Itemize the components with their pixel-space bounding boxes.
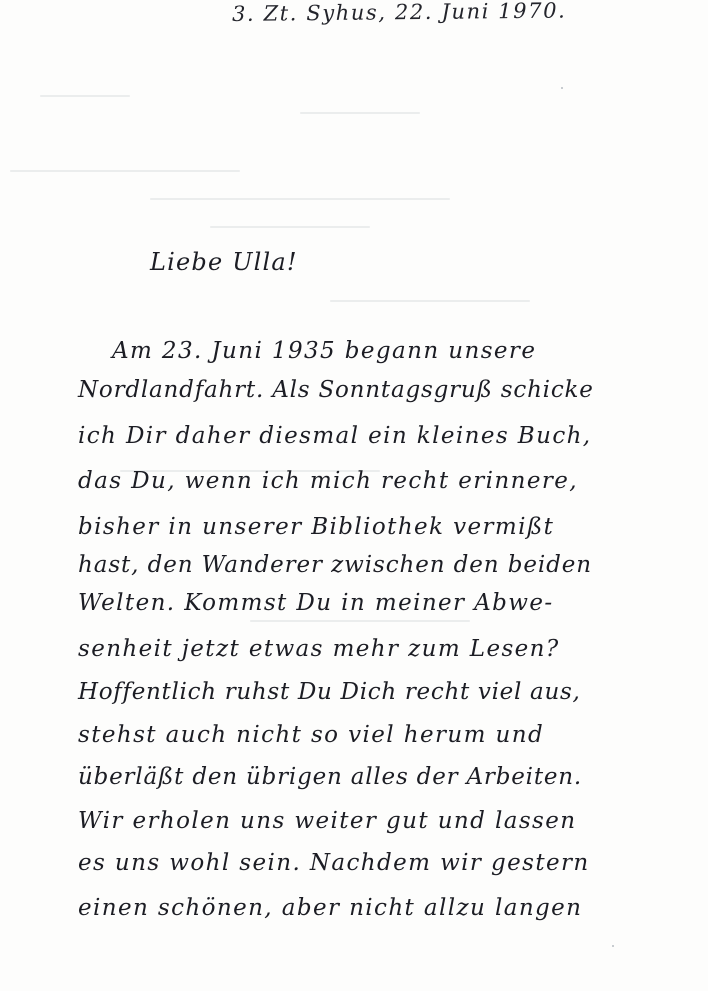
bleed-through-mark [210,226,370,228]
paper-speck [612,945,614,947]
letter-dateline: 3. Zt. Syhus, 22. Juni 1970. [232,0,567,26]
letter-salutation: Liebe Ulla! [150,248,298,276]
letter-line: hast, den Wanderer zwischen den beiden [78,552,592,578]
letter-line: überläßt den übrigen alles der Arbeiten. [78,764,582,790]
letter-line: senheit jetzt etwas mehr zum Lesen? [78,636,560,662]
bleed-through-mark [250,620,470,622]
letter-line: das Du, wenn ich mich recht erinnere, [78,468,578,494]
bleed-through-mark [150,198,450,200]
letter-line: es uns wohl sein. Nachdem wir gestern [78,850,590,876]
bleed-through-mark [300,112,420,114]
paper-speck [561,87,563,89]
letter-line: Nordlandfahrt. Als Sonntagsgruß schicke [78,377,594,403]
letter-line: Hoffentlich ruhst Du Dich recht viel aus… [78,679,580,705]
letter-line: einen schönen, aber nicht allzu langen [78,895,582,921]
bleed-through-mark [10,170,240,172]
bleed-through-mark [330,300,530,302]
letter-line: ich Dir daher diesmal ein kleines Buch, [78,423,592,449]
bleed-through-mark [40,95,130,97]
letter-line: Welten. Kommst Du in meiner Abwe- [78,590,554,616]
letter-page: 3. Zt. Syhus, 22. Juni 1970. Liebe Ulla!… [0,0,708,991]
letter-line: Am 23. Juni 1935 begann unsere [112,338,536,364]
letter-line: stehst auch nicht so viel herum und [78,722,544,748]
letter-line: Wir erholen uns weiter gut und lassen [78,808,576,834]
letter-line: bisher in unserer Bibliothek vermißt [78,514,554,540]
